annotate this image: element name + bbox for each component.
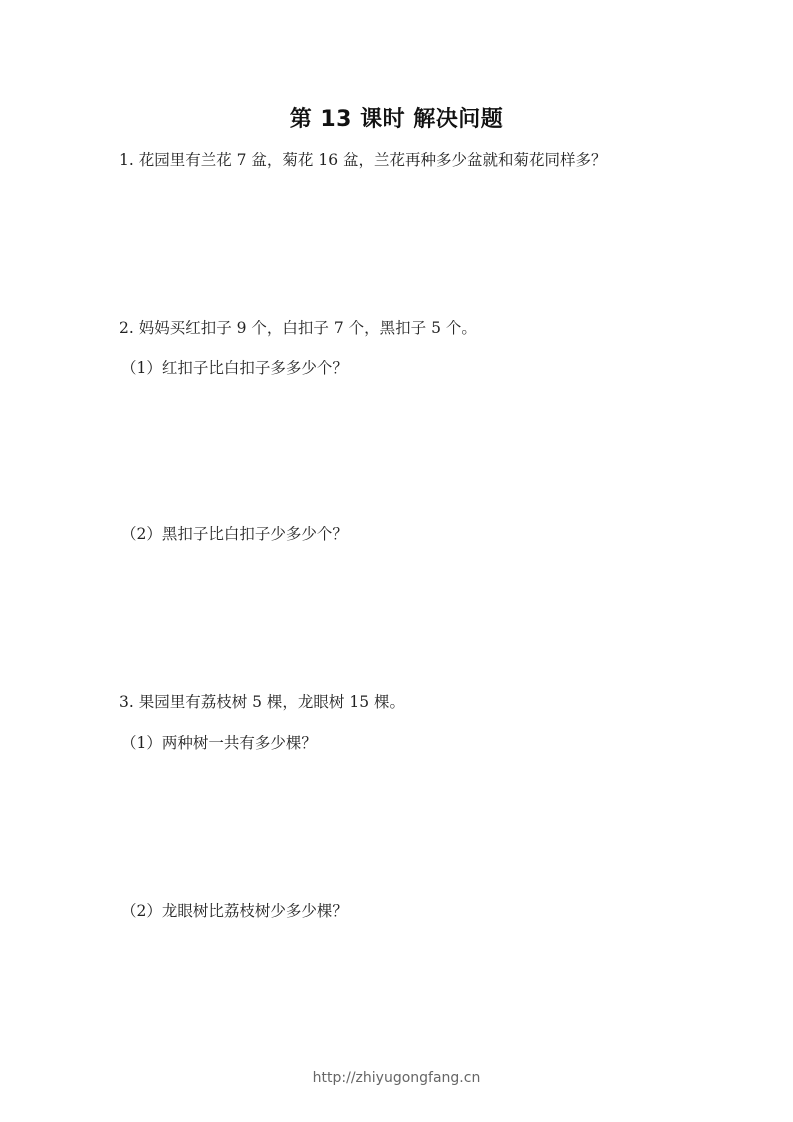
question-3-part-1: （1）两种树一共有多少棵？	[121, 731, 317, 753]
question-2-stem: 2. 妈妈买红扣子 9 个，白扣子 7 个，黑扣子 5 个。	[119, 316, 477, 338]
footer-url: http://zhiyugongfang.cn	[0, 1070, 793, 1086]
question-1-stem: 1. 花园里有兰花 7 盆，菊花 16 盆，兰花再种多少盆就和菊花同样多？	[119, 148, 607, 170]
page-title: 第 13 课时 解决问题	[0, 102, 793, 133]
question-2-part-1: （1）红扣子比白扣子多多少个？	[121, 356, 348, 378]
question-3-stem: 3. 果园里有荔枝树 5 棵，龙眼树 15 棵。	[119, 690, 405, 712]
question-2-part-2: （2）黑扣子比白扣子少多少个？	[121, 522, 348, 544]
question-3-part-2: （2）龙眼树比荔枝树少多少棵？	[121, 899, 348, 921]
